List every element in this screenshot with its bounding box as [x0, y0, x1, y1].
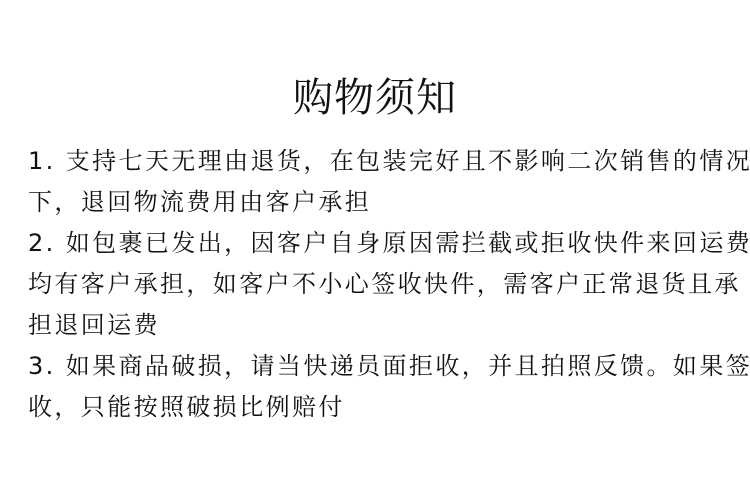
- notice-item-3: 3. 如果商品破损，请当快递员面拒收，并且拍照反馈。如果签 收，只能按照破损比例…: [28, 346, 738, 428]
- notice-item-1-line-1: 1. 支持七天无理由退货，在包装完好且不影响二次销售的情况: [28, 141, 738, 182]
- notice-item-2-line-2: 均有客户承担，如客户不小心签收快件，需客户正常退货且承: [28, 264, 738, 305]
- notice-item-2: 2. 如包裹已发出，因客户自身原因需拦截或拒收快件来回运费 均有客户承担，如客户…: [28, 223, 738, 346]
- notice-item-3-line-2: 收，只能按照破损比例赔付: [28, 387, 738, 428]
- notice-item-2-line-1: 2. 如包裹已发出，因客户自身原因需拦截或拒收快件来回运费: [28, 223, 738, 264]
- notice-item-1: 1. 支持七天无理由退货，在包装完好且不影响二次销售的情况 下，退回物流费用由客…: [28, 141, 738, 223]
- shopping-notice-list: 1. 支持七天无理由退货，在包装完好且不影响二次销售的情况 下，退回物流费用由客…: [28, 141, 738, 428]
- page-title: 购物须知: [0, 72, 750, 124]
- notice-item-1-line-2: 下，退回物流费用由客户承担: [28, 182, 738, 223]
- notice-item-3-line-1: 3. 如果商品破损，请当快递员面拒收，并且拍照反馈。如果签: [28, 346, 738, 387]
- notice-item-2-line-3: 担退回运费: [28, 305, 738, 346]
